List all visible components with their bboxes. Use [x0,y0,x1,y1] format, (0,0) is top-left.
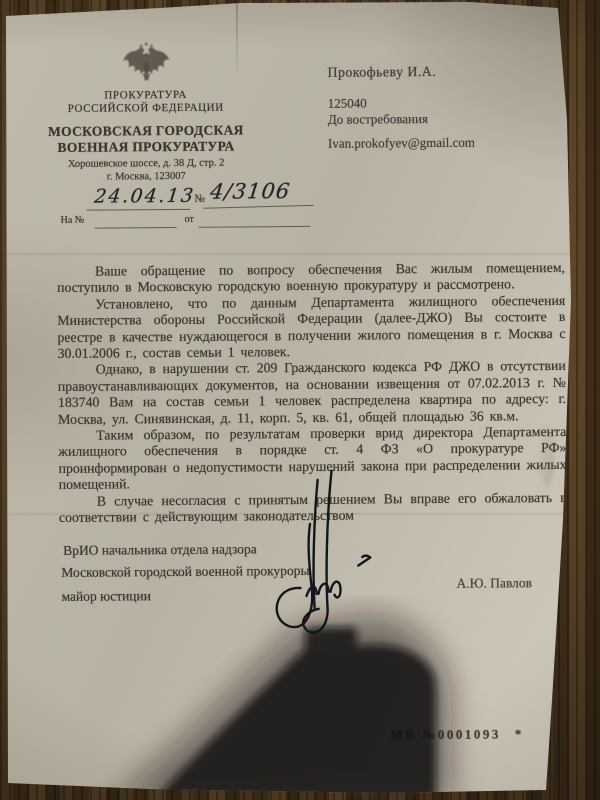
signer-name: А.Ю. Павлов [456,575,532,592]
letter-paper: ПРОКУРАТУРА РОССИЙСКОЙ ФЕДЕРАЦИИ МОСКОВС… [0,0,600,800]
ref-no-label: На № [61,215,85,226]
recipient-email: Ivan.prokofyev@gmail.com [328,135,475,152]
ref-from-underline [199,226,311,228]
body-paragraph: Установлено, что по данным Департамента … [57,293,565,363]
org-name: ПРОКУРАТУРА РОССИЙСКОЙ ФЕДЕРАЦИИ [38,88,254,116]
signature-ink [266,467,407,653]
handwritten-date: 24.04.13 [93,185,196,208]
recipient-postcode: 125040 [328,95,367,111]
body-paragraph: Однако, в нарушении ст. 209 Гражданского… [58,358,566,428]
signer-title-line3: майор юстиции [61,588,151,605]
coat-of-arms-icon [119,39,173,87]
signer-title-line1: ВрИО начальника отдела надзора [63,541,257,559]
office-name: МОСКОВСКАЯ ГОРОДСКАЯ ВОЕННАЯ ПРОКУРАТУРА [28,122,264,156]
date-underline [86,209,190,211]
stamp-star: * [515,726,522,741]
recipient-name: Прокофьеву И.А. [327,65,436,82]
org-line2: РОССИЙСКОЙ ФЕДЕРАЦИИ [38,101,254,116]
letter-content: ПРОКУРАТУРА РОССИЙСКОЙ ФЕДЕРАЦИИ МОСКОВС… [0,0,600,800]
form-number: МВ №0001093 [391,726,501,742]
number-underline [203,205,313,209]
number-sign: № [194,193,205,205]
form-number-stamp: МВ №0001093* [391,726,522,743]
body-paragraph: Ваше обращение по вопросу обеспечения Ва… [57,260,565,297]
photo-of-document: ПРОКУРАТУРА РОССИЙСКОЙ ФЕДЕРАЦИИ МОСКОВС… [0,0,600,800]
recipient-delivery-note: До востребования [328,111,428,128]
handwritten-outgoing-number: 4/3106 [209,179,292,204]
ref-no-underline [95,227,177,229]
office-line2: ВОЕННАЯ ПРОКУРАТУРА [28,138,264,156]
office-line1: МОСКОВСКАЯ ГОРОДСКАЯ [28,122,264,140]
ref-from-label: от [185,214,194,225]
